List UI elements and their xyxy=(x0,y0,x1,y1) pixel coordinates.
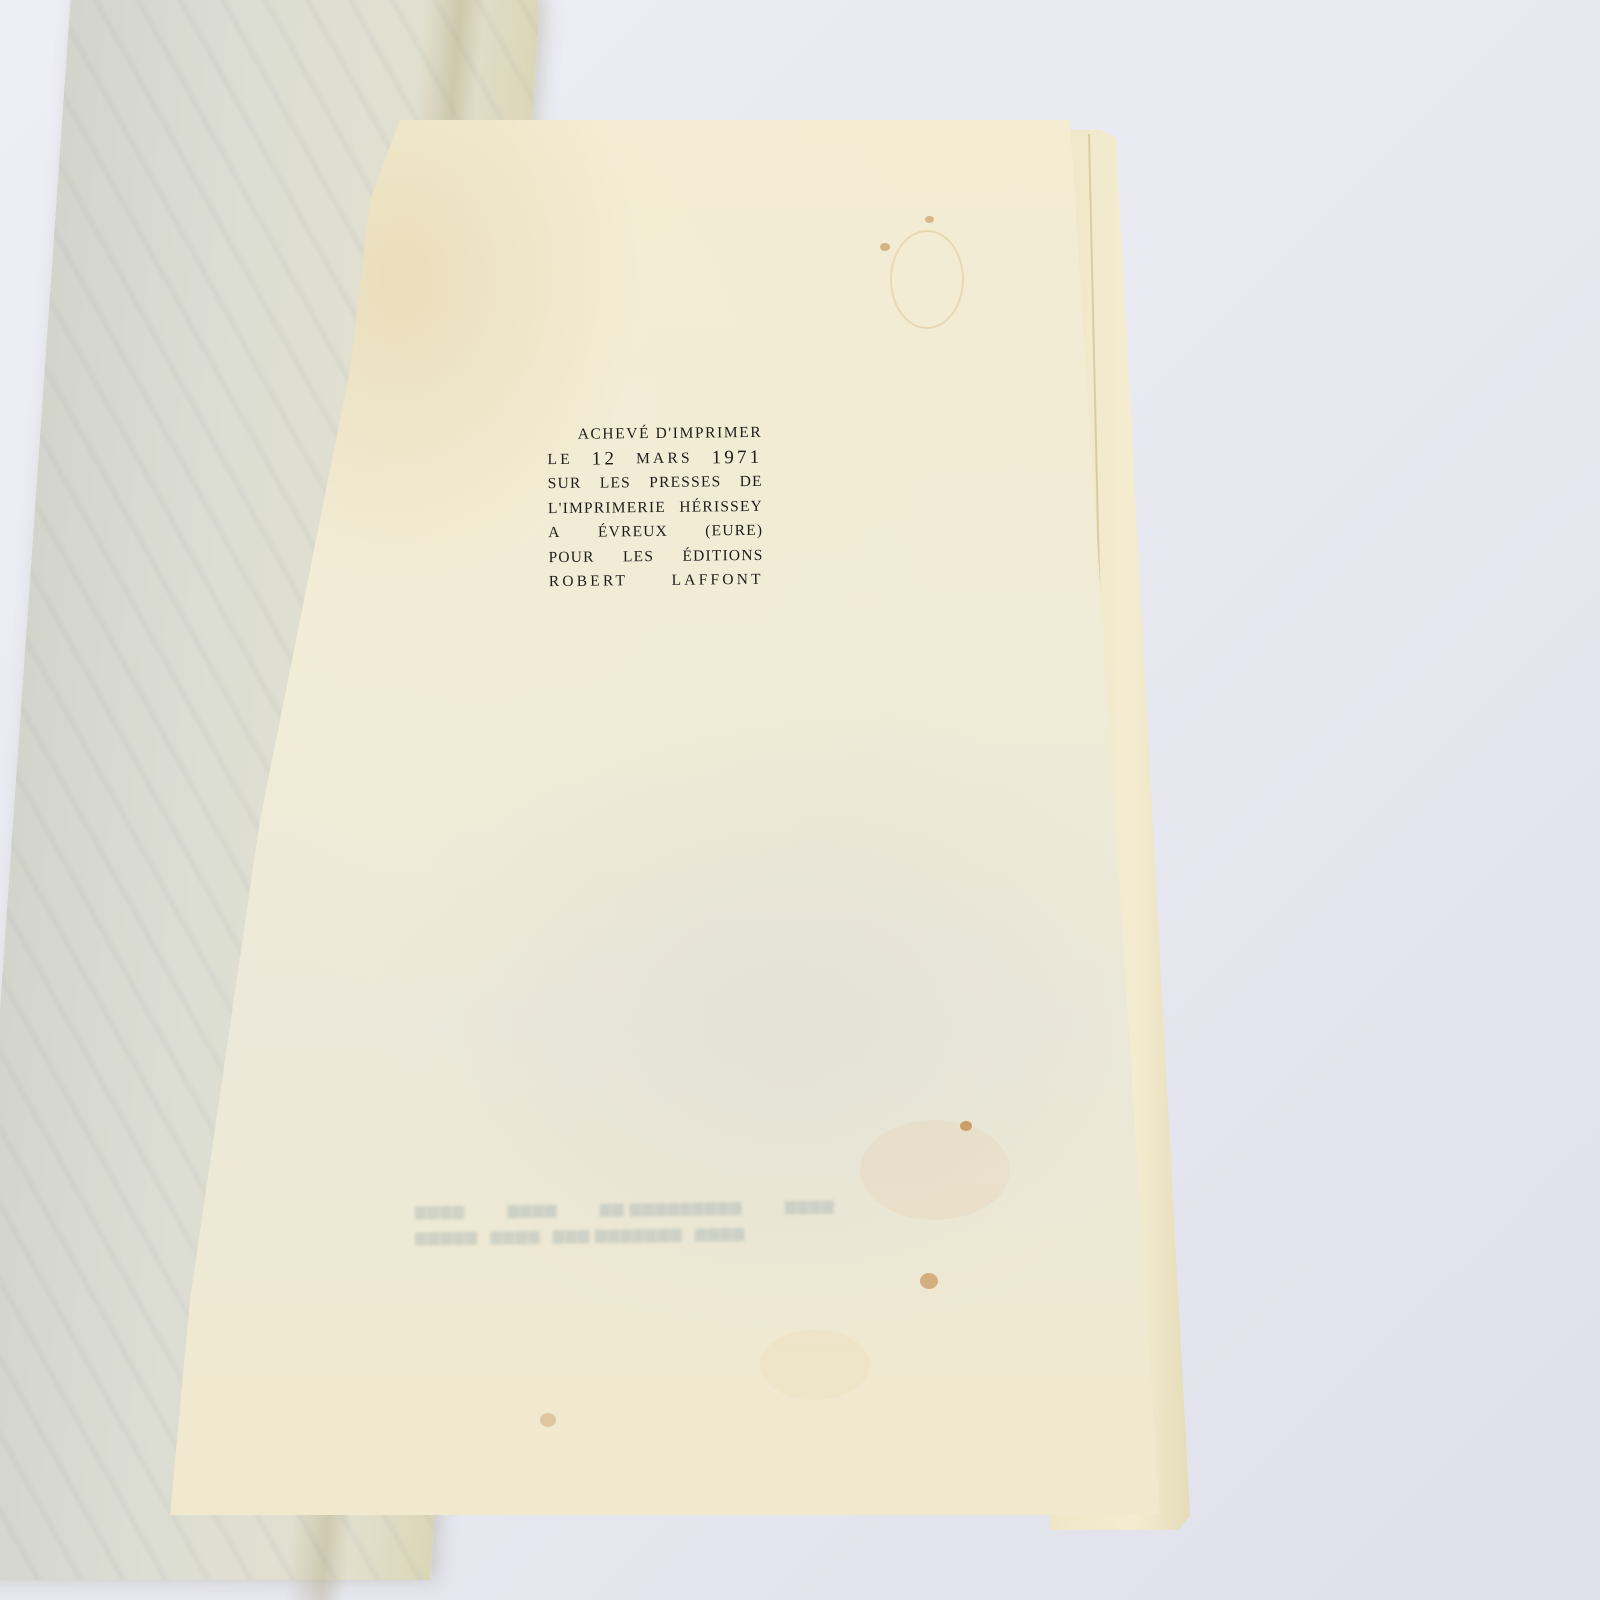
book-photo: ACHEVÉ D'IMPRIMER LE 12 MARS 1971 SUR LE… xyxy=(0,0,1600,1600)
show-through-fragment: ▆▆▆▆ xyxy=(415,1198,466,1225)
foxing-stain xyxy=(540,1413,556,1427)
colophon-publisher: LAFFONT xyxy=(671,568,763,593)
colophon-region: (EURE) xyxy=(705,519,763,544)
colophon-month: MARS xyxy=(636,446,693,471)
colophon-text: LE xyxy=(547,447,573,472)
show-through-fragment: ▆▆▆ ▆▆▆▆▆▆▆ xyxy=(552,1221,682,1249)
show-through-fragment: ▆▆▆▆▆ xyxy=(415,1224,478,1251)
colophon-line-4: L'IMPRIMERIE HÉRISSEY xyxy=(548,494,763,521)
show-through-fragment: ▆▆▆▆ xyxy=(695,1220,746,1247)
colophon-text: ACHEVÉ D'IMPRIMER xyxy=(578,421,763,447)
colophon-text: A xyxy=(548,521,561,546)
colophon-line-6: POUR LES ÉDITIONS xyxy=(548,543,763,570)
show-through-fragment: ▆▆ ▆▆▆▆▆▆▆▆▆ xyxy=(600,1194,743,1222)
foxing-stain xyxy=(880,243,890,251)
show-through-fragment: ▆▆▆▆ xyxy=(507,1197,558,1224)
colophon-city: ÉVREUX xyxy=(598,520,668,545)
show-through-text: ▆▆▆▆ ▆▆▆▆ ▆▆ ▆▆▆▆▆▆▆▆▆ ▆▆▆▆ ▆▆▆▆▆ ▆▆▆▆ ▆… xyxy=(415,1193,836,1251)
colophon-line-1: ACHEVÉ D'IMPRIMER xyxy=(547,421,762,448)
colophon-text: DE xyxy=(740,470,763,495)
colophon-line-2: LE 12 MARS 1971 xyxy=(547,445,762,472)
colophon-year: 1971 xyxy=(712,445,763,470)
show-through-fragment: ▆▆▆▆ xyxy=(784,1193,835,1220)
foxing-stain xyxy=(925,216,934,223)
water-stain xyxy=(890,230,964,329)
colophon-text: SUR xyxy=(548,472,582,497)
colophon-line-3: SUR LES PRESSES DE xyxy=(548,470,763,497)
colophon-publisher: ROBERT xyxy=(549,569,629,594)
foxing-stain xyxy=(920,1273,938,1289)
colophon-text: LES xyxy=(600,471,631,496)
colophon-line-5: A ÉVREUX (EURE) xyxy=(548,519,763,546)
colophon-text: POUR xyxy=(548,545,594,570)
colophon-printer: L'IMPRIMERIE xyxy=(548,495,666,521)
water-stain xyxy=(760,1330,870,1400)
colophon-line-7: ROBERT LAFFONT xyxy=(549,568,764,595)
colophon-block: ACHEVÉ D'IMPRIMER LE 12 MARS 1971 SUR LE… xyxy=(547,421,764,595)
colophon-day: 12 xyxy=(592,447,618,472)
colophon-text: PRESSES xyxy=(649,470,721,495)
water-stain xyxy=(860,1120,1010,1220)
show-through-fragment: ▆▆▆▆ xyxy=(490,1223,541,1250)
colophon-printer: HÉRISSEY xyxy=(679,494,763,519)
colophon-text: ÉDITIONS xyxy=(682,543,763,568)
colophon-text: LES xyxy=(623,545,654,570)
